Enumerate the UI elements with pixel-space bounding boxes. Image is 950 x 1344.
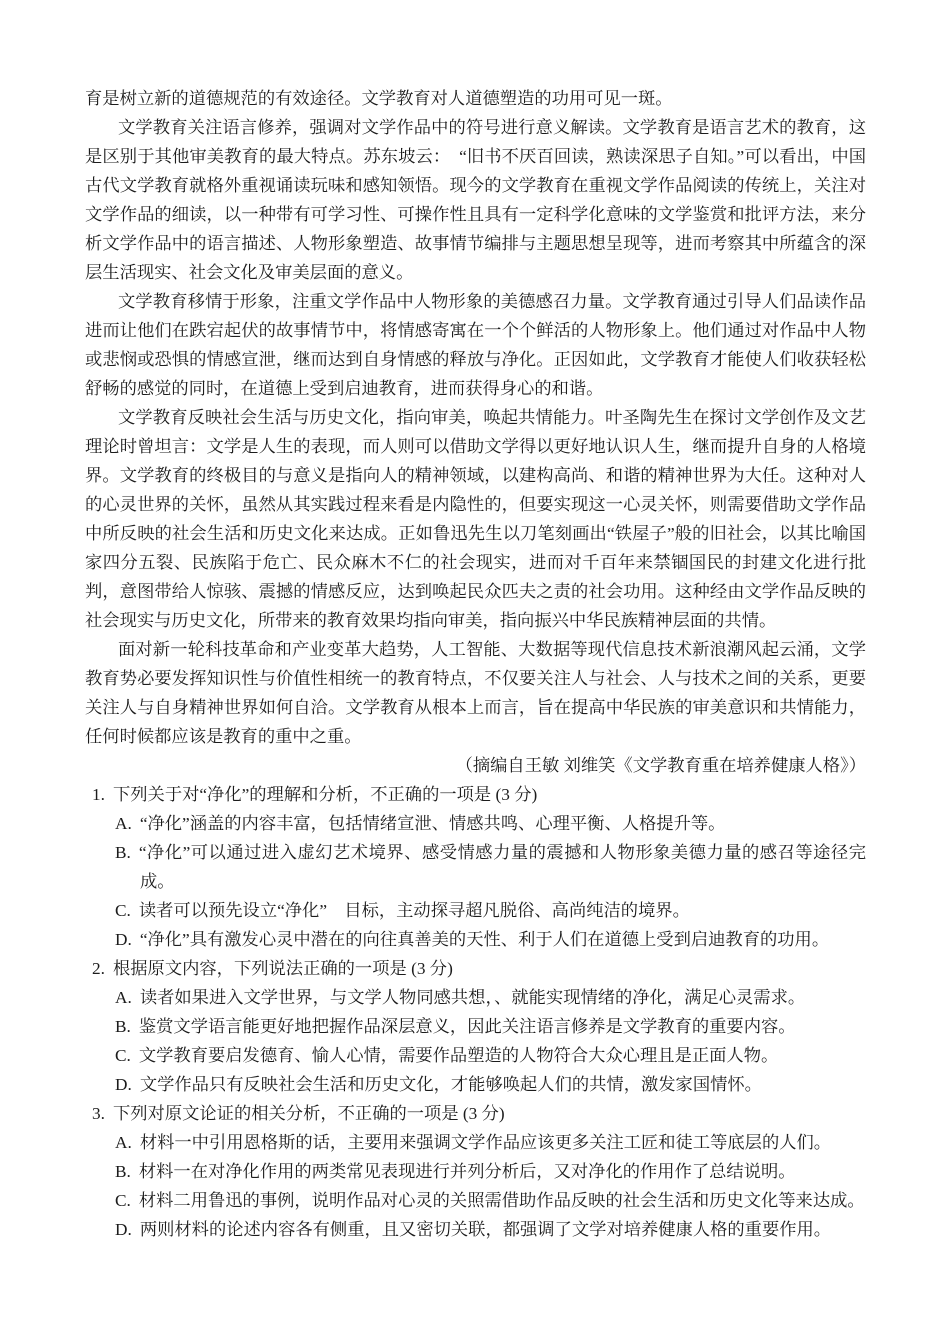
question-3-option-a: A.材料一中引用恩格斯的话，主要用来强调文学作品应该更多关注工匠和徒工等底层的人… [85,1128,866,1157]
exam-document-page: 育是树立新的道德规范的有效途径。文学教育对人道德塑造的功用可见一斑。 文学教育关… [0,0,950,1344]
passage-paragraph-3: 文学教育移情于形象，注重文学作品中人物形象的美德感召力量。文学教育通过引导人们品… [85,287,866,403]
question-1-number: 1. [92,785,105,804]
question-2-stem: 2.根据原文内容，下列说法正确的一项是 (3 分) [85,954,866,983]
question-3-option-d: D.两则材料的论述内容各有侧重，且又密切关联，都强调了文学对培养健康人格的重要作… [85,1215,866,1244]
question-3-stem: 3.下列对原文论证的相关分析，不正确的一项是 (3 分) [85,1099,866,1128]
question-3-option-d-text: 两则材料的论述内容各有侧重，且又密切关联，都强调了文学对培养健康人格的重要作用。 [140,1220,831,1239]
question-2-option-a-label: A. [115,988,132,1007]
question-3-option-a-label: A. [115,1133,132,1152]
question-2-option-c-text: 文学教育要启发德育、愉人心情，需要作品塑造的人物符合大众心理且是正面人物。 [139,1046,778,1065]
question-3-option-c-label: C. [115,1191,131,1210]
passage-paragraph-4: 文学教育反映社会生活与历史文化，指向审美，唤起共情能力。叶圣陶先生在探讨文学创作… [85,403,866,635]
question-2-option-c-label: C. [115,1046,131,1065]
question-1-option-c: C.读者可以预先设立“净化” 目标，主动探寻超凡脱俗、高尚纯洁的境界。 [85,896,866,925]
question-1-option-b-label: B. [115,843,131,862]
question-2-option-c: C.文学教育要启发德育、愉人心情，需要作品塑造的人物符合大众心理且是正面人物。 [85,1041,866,1070]
question-3-option-d-label: D. [115,1220,132,1239]
passage-attribution: （摘编自王敏 刘维笑《文学教育重在培养健康人格》） [85,751,866,780]
question-2-option-b-text: 鉴赏文学语言能更好地把握作品深层意义，因此关注语言修养是文学教育的重要内容。 [139,1017,796,1036]
question-1-option-d-label: D. [115,930,132,949]
question-3-option-a-text: 材料一中引用恩格斯的话，主要用来强调文学作品应该更多关注工匠和徒工等底层的人们。 [140,1133,831,1152]
question-1-option-b-text: “净化”可以通过进入虚幻艺术境界、感受情感力量的震撼和人物形象美德力量的感召等途… [139,843,866,891]
question-3-stem-text: 下列对原文论证的相关分析，不正确的一项是 (3 分) [113,1104,505,1123]
question-3: 3.下列对原文论证的相关分析，不正确的一项是 (3 分) A.材料一中引用恩格斯… [85,1099,866,1244]
question-3-option-b: B.材料一在对净化作用的两类常见表现进行并列分析后，又对净化的作用作了总结说明。 [85,1157,866,1186]
question-3-option-c-text: 材料二用鲁迅的事例，说明作品对心灵的关照需借助作品反映的社会生活和历史文化等来达… [139,1191,865,1210]
question-1-option-c-label: C. [115,901,131,920]
passage-paragraph-2: 文学教育关注语言修养，强调对文学作品中的符号进行意义解读。文学教育是语言艺术的教… [85,113,866,287]
question-3-option-b-text: 材料一在对净化作用的两类常见表现进行并列分析后，又对净化的作用作了总结说明。 [139,1162,796,1181]
question-2-option-a-text: 读者如果进入文学世界，与文学人物同感共想，、就能实现情绪的净化，满足心灵需求。 [140,988,805,1007]
question-3-option-b-label: B. [115,1162,131,1181]
question-3-option-c: C.材料二用鲁迅的事例，说明作品对心灵的关照需借助作品反映的社会生活和历史文化等… [85,1186,866,1215]
question-2-stem-text: 根据原文内容，下列说法正确的一项是 (3 分) [113,959,453,978]
question-2-option-d-label: D. [115,1075,132,1094]
question-1: 1.下列关于对“净化”的理解和分析，不正确的一项是 (3 分) A.“净化”涵盖… [85,780,866,954]
question-1-option-a-text: “净化”涵盖的内容丰富，包括情绪宣泄、情感共鸣、心理平衡、人格提升等。 [140,814,726,833]
question-1-option-d-text: “净化”具有激发心灵中潜在的向往真善美的天性、利于人们在道德上受到启迪教育的功用… [140,930,829,949]
passage-paragraph-5: 面对新一轮科技革命和产业变革大趋势，人工智能、大数据等现代信息技术新浪潮风起云涌… [85,635,866,751]
question-1-option-b: B.“净化”可以通过进入虚幻艺术境界、感受情感力量的震撼和人物形象美德力量的感召… [85,838,866,896]
reading-passage: 育是树立新的道德规范的有效途径。文学教育对人道德塑造的功用可见一斑。 文学教育关… [85,84,866,780]
question-1-option-a-label: A. [115,814,132,833]
question-2-option-d-text: 文学作品只有反映社会生活和历史文化，才能够唤起人们的共情，激发家国情怀。 [140,1075,762,1094]
question-1-option-c-text: 读者可以预先设立“净化” 目标，主动探寻超凡脱俗、高尚纯洁的境界。 [139,901,690,920]
question-1-option-d: D.“净化”具有激发心灵中潜在的向往真善美的天性、利于人们在道德上受到启迪教育的… [85,925,866,954]
question-2-option-d: D.文学作品只有反映社会生活和历史文化，才能够唤起人们的共情，激发家国情怀。 [85,1070,866,1099]
question-2-option-a: A.读者如果进入文学世界，与文学人物同感共想，、就能实现情绪的净化，满足心灵需求… [85,983,866,1012]
question-2-option-b-label: B. [115,1017,131,1036]
question-3-number: 3. [92,1104,105,1123]
question-1-option-a: A.“净化”涵盖的内容丰富，包括情绪宣泄、情感共鸣、心理平衡、人格提升等。 [85,809,866,838]
question-2-number: 2. [92,959,105,978]
question-2-option-b: B.鉴赏文学语言能更好地把握作品深层意义，因此关注语言修养是文学教育的重要内容。 [85,1012,866,1041]
questions-section: 1.下列关于对“净化”的理解和分析，不正确的一项是 (3 分) A.“净化”涵盖… [85,780,866,1244]
question-1-stem-text: 下列关于对“净化”的理解和分析，不正确的一项是 (3 分) [113,785,537,804]
passage-paragraph-1: 育是树立新的道德规范的有效途径。文学教育对人道德塑造的功用可见一斑。 [85,84,866,113]
question-1-stem: 1.下列关于对“净化”的理解和分析，不正确的一项是 (3 分) [85,780,866,809]
question-2: 2.根据原文内容，下列说法正确的一项是 (3 分) A.读者如果进入文学世界，与… [85,954,866,1099]
